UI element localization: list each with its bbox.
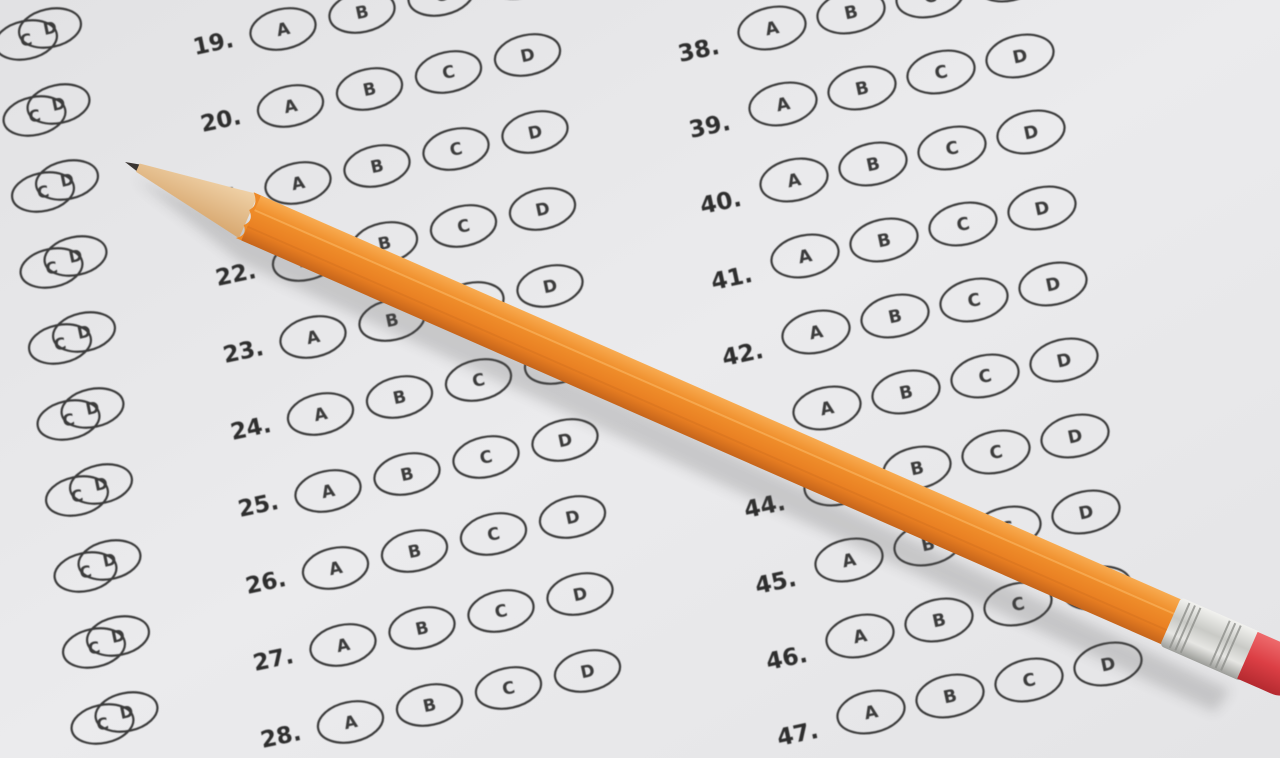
answer-sheet-photo: CDCDCDCDCDCDCDCDCDCD19.ABCD20.ABCD21.ABC… <box>0 0 1280 758</box>
